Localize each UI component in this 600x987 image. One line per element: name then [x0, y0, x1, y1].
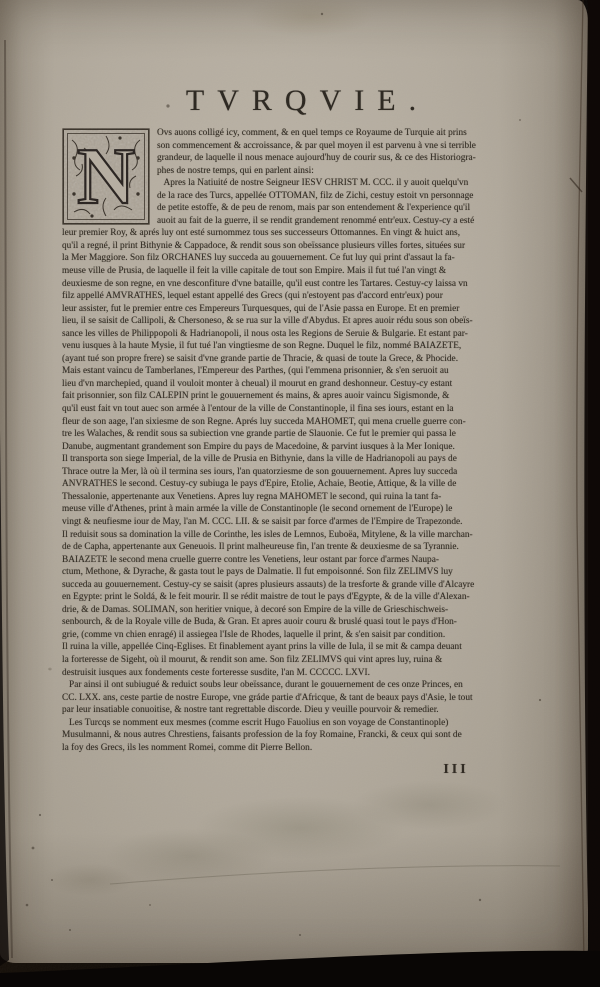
text-line: ANVRATHES le second. Cestuy-cy subiuga l… [62, 478, 544, 491]
text-line: (ayant tué son propre frere) se saisit d… [62, 353, 544, 366]
text-line: CC. LXX. ans, ceste partie de nostre Eur… [62, 692, 544, 705]
text-line: destruisit iusques aux fondements ceste … [62, 667, 544, 680]
text-line: fait prisonnier, son filz CALEPIN print … [62, 390, 544, 403]
text-line: la forteresse de Sigeht, où il mourut, &… [62, 654, 544, 667]
text-line: Thrace outre la Mer, là où il termina se… [62, 466, 544, 479]
text-line: la foy des Grecs, ils les nomment Romei,… [62, 742, 544, 755]
body-text-column: N Ovs auons colligé icy, comment, & en q… [62, 127, 544, 767]
text-line: vingt & neufiesme iour de May, l'an M. C… [62, 516, 544, 529]
text-line: venu iusques à la haute Mysie, il fut tu… [62, 340, 544, 353]
text-line: de de Capha, appertenante aux Geneuois. … [62, 541, 544, 554]
text-line: qu'il eust fait vn tout auec son armée à… [62, 403, 544, 416]
text-line: Il reduisit sous sa domination la ville … [62, 529, 544, 542]
text-line: ctum, Methone, & Dyrache, & gasta tout l… [62, 566, 544, 579]
page-title: TVRQVIE. [62, 84, 540, 118]
text-line: deuxiesme de son regne, en vne desconfit… [62, 278, 544, 291]
text-line: Musulmanni, & nous autres Chrestiens, fa… [62, 729, 544, 742]
text-line: tre les Walaches, & rendit sous sa subie… [62, 428, 544, 441]
text-line: succeda au gouuernement. Cestuy-cy se sa… [62, 579, 544, 592]
page-number: III [428, 762, 484, 778]
text-line: lieu, il se saisit de Callipoli, & Chers… [62, 315, 544, 328]
text-line: qu'il a regné, il print Bithynie & Cappa… [62, 240, 544, 253]
text-line: leur premier Roy, & aprés luy ont esté s… [62, 227, 544, 240]
text-line: la Mer Maggiore. Son filz ORCHANES luy s… [62, 252, 544, 265]
text-line: Danube, augmentant grandement son Empire… [62, 441, 544, 454]
text-line: fleur de son aage, l'an sixiesme de son … [62, 416, 544, 429]
text-line: par leur insatiable conuoitise, & nostre… [62, 704, 544, 717]
paragraph-summary: Par ainsi il ont subiugué & reduict soub… [62, 679, 544, 717]
text-line: senbourch, & de la Royale ville de Buda,… [62, 616, 544, 629]
dropcap-woodcut-initial: N [62, 128, 150, 225]
text-line: lieu d'vn marchepied, quand il vouloit m… [62, 378, 544, 391]
text-line: meuse ville de Prusia, de laquelle il fe… [62, 265, 544, 278]
text-line: drie, & de Damas. SOLIMAN, son heritier … [62, 604, 544, 617]
dropcap-letter: N [77, 133, 135, 221]
text-line: sance les villes de Philippopoli & Hadri… [62, 328, 544, 341]
text-line: grie, (comme vn chien enragé) il assiege… [62, 629, 544, 642]
book-photograph: TVRQVIE. [0, 0, 600, 987]
paragraph-main-history: leur premier Roy, & aprés luy ont esté s… [62, 227, 544, 679]
text-line: Par ainsi il ont subiugué & reduict soub… [62, 679, 544, 692]
text-line: meuse ville d'Athenes, print à main armé… [62, 503, 544, 516]
text-line: Mais estant vaincu de Tamberlanes, l'Emp… [62, 365, 544, 378]
text-line: Il transporta son siege Imperial, de la … [62, 453, 544, 466]
text-line: Il ruina la ville, appellée Cinq-Eglises… [62, 641, 544, 654]
text-line: filz appellé AMVRATHES, lequel estant ap… [62, 290, 544, 303]
text-line: BAIAZETE le second mena cruelle guerre c… [62, 554, 544, 567]
text-line: en Egypte: print le Soldá, & le feit mou… [62, 591, 544, 604]
text-line: leur assister, fut le premier entre ces … [62, 303, 544, 316]
paragraph-names-note: Les Turcqs se nomment eux mesmes (comme … [62, 717, 544, 755]
text-line: Les Turcqs se nomment eux mesmes (comme … [62, 717, 544, 730]
margin-mark: * [48, 666, 52, 675]
text-line: Thessalonie, appertenante aux Venetiens.… [62, 491, 544, 504]
